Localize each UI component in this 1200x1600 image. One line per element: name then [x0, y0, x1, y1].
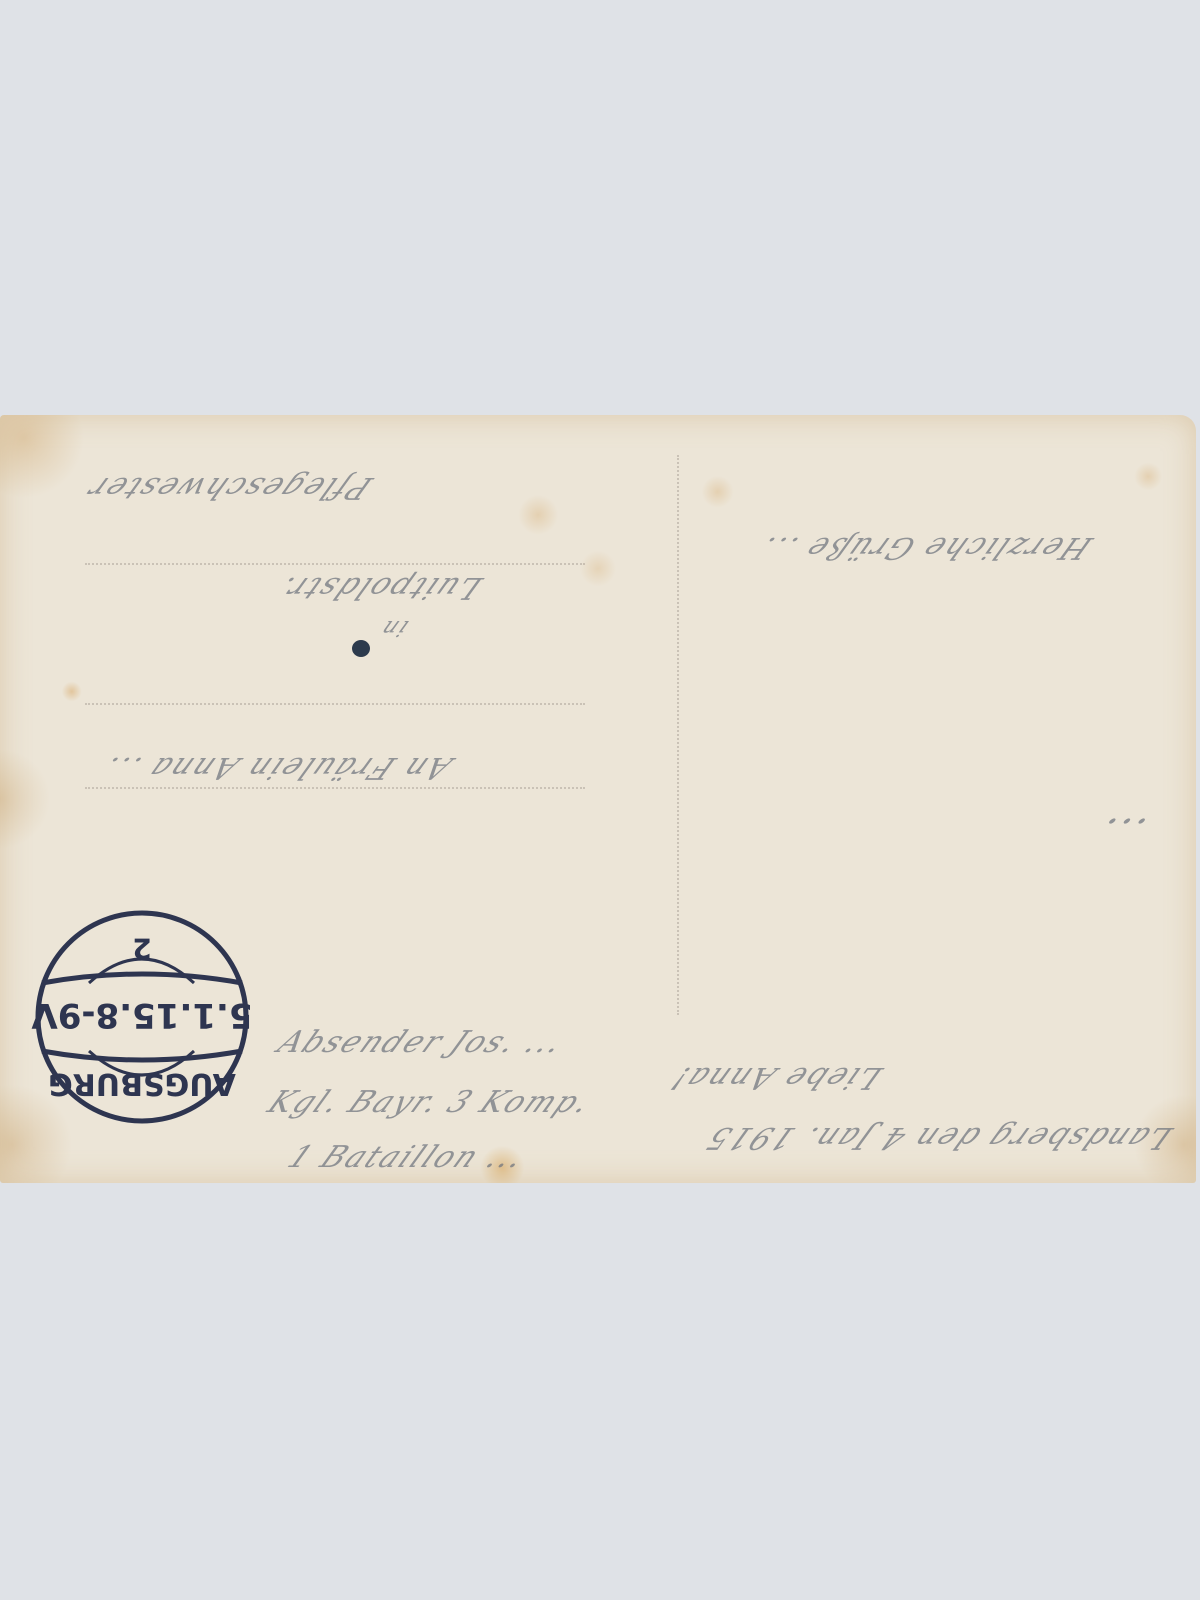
address-line — [85, 787, 585, 789]
address-line — [85, 703, 585, 705]
handwriting-line: ... — [1086, 809, 1155, 855]
handwriting-line: Herzliche Grüße ... — [752, 530, 1099, 565]
postcard-back: Pflegeschwester An Fräulein Anna ... Lui… — [0, 415, 1196, 1183]
postmark-city: AUGSBURG — [48, 1066, 236, 1101]
handwriting-line: Absender Jos. ... — [271, 1025, 571, 1060]
handwriting-line: Landsberg den 4 Jan. 1915 — [699, 1120, 1178, 1155]
handwriting-line: in — [375, 615, 414, 640]
handwriting-line: 1 Bataillon ... — [281, 1140, 532, 1175]
handwriting-line: An Fräulein Anna ... — [95, 750, 459, 785]
handwriting-line: Kgl. Bayr. 3 Komp. — [261, 1085, 598, 1120]
address-line — [85, 563, 585, 565]
handwriting-line: Luitpoldstr. — [271, 570, 489, 605]
ink-blot — [352, 640, 370, 657]
handwriting-line: Liebe Anna! — [664, 1060, 889, 1095]
postmark-office-number: 2 — [132, 932, 151, 965]
postmark-date: 5.1.15.8-9V — [31, 995, 253, 1035]
center-divider — [677, 455, 679, 1015]
handwriting-line: Pflegeschwester — [80, 470, 379, 505]
postmark-stamp: AUGSBURG 5.1.15.8-9V 2 — [30, 905, 255, 1130]
